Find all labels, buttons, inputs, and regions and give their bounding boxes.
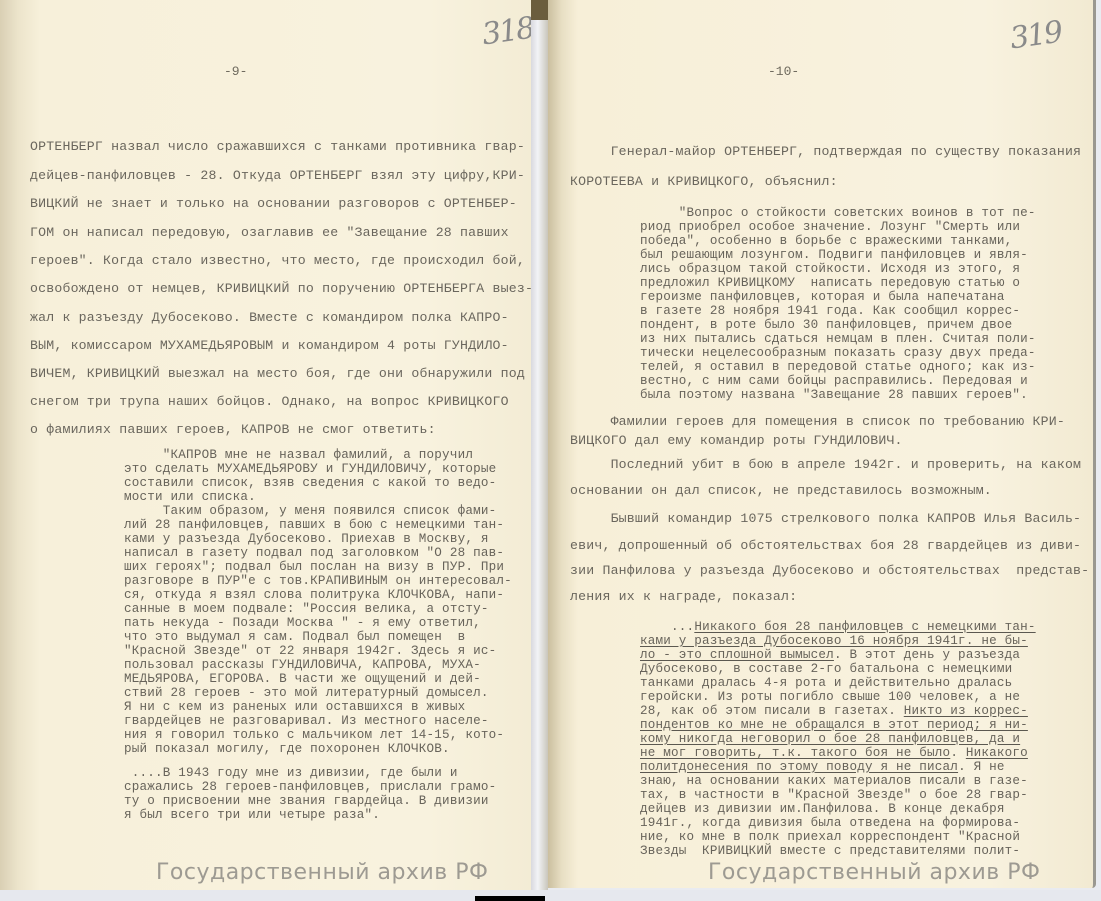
text-line: жал к разъезду Дубосеково. Вместе с кома… (30, 310, 509, 325)
text-line: пондент, в роте было 30 панфиловцев, при… (640, 318, 1012, 332)
text-line: ВИЦКИЙ не знает и только на основании ра… (30, 196, 517, 211)
text-line: предложил КРИВИЦКОМУ написать передовую … (640, 276, 1020, 290)
archive-watermark: Государственный архив РФ (156, 860, 488, 885)
text-line: сражались 28 героев-панфиловцев, прислал… (124, 780, 496, 794)
text-line: гвардейцев не разговаривал. Из местного … (124, 714, 489, 728)
text-line: риод приобрел особое значение. Лозунг "С… (640, 220, 1020, 234)
text-line: тах, в частности в "Красной Звезде" о бо… (640, 788, 1028, 802)
underlined-text: не мог говорить, т.к. такого боя не было (640, 746, 950, 760)
text-line: кому никогда неговорил о бое 28 панфилов… (640, 732, 1020, 746)
text-line: геройски. Из роты погибло свыше 100 чело… (640, 690, 1020, 704)
text-line: это сделать МУХАМЕДЬЯРОВУ и ГУНДИЛОВИЧУ,… (124, 462, 496, 476)
text-line: пользовал рассказы ГУНДИЛОВИЧА, КАПРОВА,… (124, 658, 481, 672)
text-line: санные в моем подвале: "Россия велика, а… (124, 602, 489, 616)
text-line: ....В 1943 году мне из дивизии, где были… (124, 766, 458, 780)
text-line: Дубосеково, в составе 2-го батальона с н… (640, 662, 1012, 676)
text-line: вестно, с ним сами бойцы расправились. П… (640, 374, 1028, 388)
text-fragment: . Я не (958, 760, 1005, 774)
text-line: разговоре в ПУР"е с тов.КРАПИВИНЫМ он ин… (124, 574, 512, 588)
text-line: политдонесения по этому поводу я не писа… (640, 760, 1005, 774)
text-line: ло - это сплошной вымысел. В этот день у… (640, 648, 1020, 662)
text-line: 28, как об этом писали в газетах. Никто … (640, 704, 1028, 718)
text-line: мости или списка. (124, 490, 256, 504)
scan-artifact (475, 896, 545, 901)
text-line: ками у разъезда Дубосеково 16 ноября 194… (640, 634, 1028, 648)
text-line: ВИЧЕМ, КРИВИЦКИЙ выезжал на место боя, г… (30, 366, 525, 381)
text-line: ками у разъезда Дубосеково. Приехав в Мо… (124, 532, 489, 546)
text-line: в газете 28 ноября 1941 года. Как сообщи… (640, 304, 1020, 318)
underlined-text: Никто из коррес- (904, 704, 1028, 718)
archive-watermark: Государственный архив РФ (708, 860, 1040, 885)
text-line: был решающим лозунгом. Подвиги панфиловц… (640, 248, 1028, 262)
archive-folio-number: 319 (1008, 15, 1064, 57)
text-line: Я ни с кем из раненых или оставшихся в ж… (124, 700, 465, 714)
text-line: написал в газету подвал под заголовком "… (124, 546, 504, 560)
text-line: 1941г., когда дивизия была отведена на ф… (640, 816, 1020, 830)
text-line: ВЫМ, комиссаром МУХАМЕДЬЯРОВЫМ и команди… (30, 338, 509, 353)
page-gutter (531, 0, 548, 901)
text-line: освобождено от немцев, КРИВИЦКИЙ по пору… (30, 281, 533, 296)
text-line: основании он дал список, не представилос… (570, 483, 992, 498)
text-line: МЕДЬЯРОВА, ЕГОРОВА. В части же ощущений … (124, 672, 481, 686)
text-line: телей, я оставил в передовой статье одно… (640, 360, 1036, 374)
scan-background (0, 890, 1101, 901)
text-line: "КАПРОВ мне не назвал фамилий, а поручил (124, 448, 473, 462)
text-line: Звезды КРИВИЦКИЙ вместе с представителям… (640, 844, 1020, 858)
text-line: героизме панфиловцев, которая и была нап… (640, 290, 1005, 304)
text-line: ГОМ он написал передовую, озаглавив ее "… (30, 225, 509, 240)
text-line: я был всего три или четыре раза". (124, 808, 380, 822)
text-line: Таким образом, у меня появился список фа… (124, 504, 496, 518)
text-line: героев". Когда стало известно, что место… (30, 253, 525, 268)
archive-folio-number: 318 (480, 11, 534, 53)
text-line: дейцев из дивизии им.Панфилова. В конце … (640, 802, 1005, 816)
text-line: КОРОТЕЕВА и КРИВИЦКОГО, объяснил: (570, 174, 838, 189)
text-line: ствий 28 героев - это мой литературный д… (124, 686, 489, 700)
page-number: -9- (224, 64, 247, 79)
text-line: Последний убит в бою в апреле 1942г. и п… (570, 457, 1081, 472)
text-line: составили список, взяв сведения с какой … (124, 476, 496, 490)
text-line: "Красной Звезде" от 22 января 1942г. Зде… (124, 644, 496, 658)
text-line: рый показал могилу, где похоронен КЛОЧКО… (124, 742, 450, 756)
underlined-text: политдонесения по этому поводу я не писа… (640, 760, 958, 774)
text-line: снегом три трупа наших бойцов. Однако, н… (30, 394, 509, 409)
text-line: ния я говорил только с мальчиком лет 14-… (124, 728, 504, 742)
document-page-9: 318 -9- ОРТЕНБЕРГ назвал число сражавших… (0, 0, 534, 890)
underlined-text: кому никогда неговорил о бое 28 панфилов… (640, 732, 1020, 746)
text-line: что это выдумал я сам. Подвал был помеще… (124, 630, 465, 644)
text-line: пать некуда - Позади Москва " - я ему от… (124, 616, 481, 630)
text-line: о фамилиях павших героев, КАПРОВ не смог… (30, 422, 436, 437)
text-line: зии Панфилова у разъезда Дубосеково и об… (570, 563, 1089, 578)
text-line: лий 28 панфиловцев, павших в бою с немец… (124, 518, 504, 532)
text-line: Генерал-майор ОРТЕНБЕРГ, подтверждая по … (570, 144, 1081, 159)
text-fragment: . (950, 746, 966, 760)
text-line: ВИЦКОГО дал ему командир роты ГУНДИЛОВИЧ… (570, 433, 903, 448)
text-line: ления их к награде, показал: (570, 589, 797, 604)
text-line: "Вопрос о стойкости советских воинов в т… (640, 206, 1036, 220)
text-line: тически нецелесообразным показать сразу … (640, 346, 1036, 360)
text-line: победа", особенно в борьбе с вражескими … (640, 234, 1012, 248)
text-line: из них пытались сдаться немцам в плен. С… (640, 332, 1036, 346)
text-line: ших героях"; подвал был послан на визу в… (124, 560, 504, 574)
text-line: евич, допрошенный об обстоятельствах боя… (570, 538, 1081, 553)
text-line: танками дралась 4-я рота и действительно… (640, 676, 1012, 690)
text-fragment: 28, как об этом писали в газетах. (640, 704, 904, 718)
text-line: была поэтому названа "Завещание 28 павши… (640, 388, 1028, 402)
text-line: ние, ко мне в полк приехал корреспондент… (640, 830, 1020, 844)
text-fragment: ... (640, 620, 694, 634)
underlined-text: ками у разъезда Дубосеково 16 ноября 194… (640, 634, 1028, 648)
text-line: не мог говорить, т.к. такого боя не было… (640, 746, 1028, 760)
text-line: лись образцом такой стойкости. Исходя из… (640, 262, 1020, 276)
text-line: Фамилии героев для помещения в список по… (570, 414, 1065, 429)
underlined-text: Никакого боя 28 панфиловцев с немецкими … (694, 620, 1035, 634)
page-number: -10- (768, 64, 799, 79)
text-line: пондентов ко мне не обращался в этот пер… (640, 718, 1028, 732)
text-line: ...Никакого боя 28 панфиловцев с немецки… (640, 620, 1036, 634)
underlined-text: Никакого (966, 746, 1028, 760)
text-line: ся, откуда я взял слова политрука КЛОЧКО… (124, 588, 504, 602)
text-line: дейцев-панфиловцев - 28. Откуда ОРТЕНБЕР… (30, 168, 525, 183)
underlined-text: пондентов ко мне не обращался в этот пер… (640, 718, 1028, 732)
text-line: знаю, на основании каких материалов писа… (640, 774, 1028, 788)
text-line: Бывший командир 1075 стрелкового полка К… (570, 511, 1081, 526)
underlined-text: ло - это сплошной вымысел (640, 648, 834, 662)
text-line: ОРТЕНБЕРГ назвал число сражавшихся с тан… (30, 139, 525, 154)
text-line: ту о присвоении мне звания гвардейца. В … (124, 794, 489, 808)
text-fragment: . В этот день у разъезда (834, 648, 1020, 662)
document-page-10: 319 -10- Генерал-майор ОРТЕНБЕРГ, подтве… (548, 0, 1096, 888)
